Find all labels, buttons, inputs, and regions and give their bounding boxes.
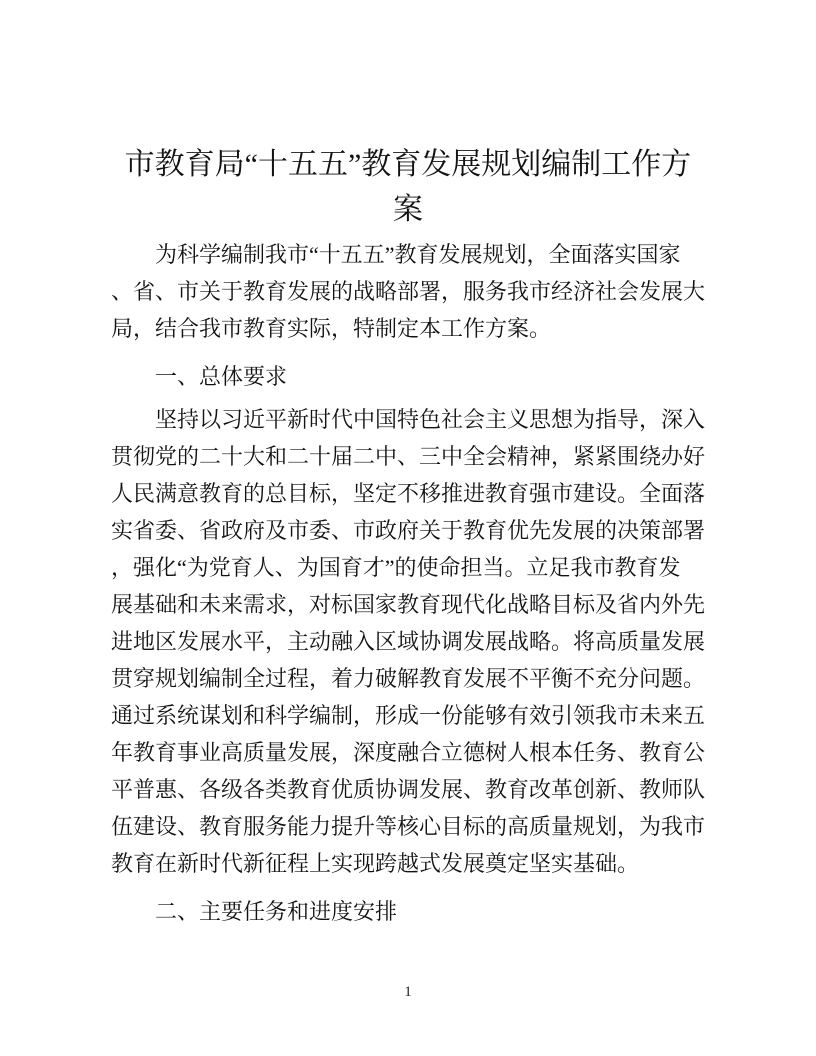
document-title-line-1: 市教育局“十五五”教育发展规划编制工作方: [111, 142, 705, 187]
section-heading: 二、主要任务和进度安排: [111, 893, 705, 930]
paragraph-line: 进地区发展水平，主动融入区域协调发展战略。将高质量发展: [111, 623, 705, 660]
document-page: 市教育局“十五五”教育发展规划编制工作方 案 为科学编制我市“十五五”教育发展规…: [0, 0, 816, 1056]
section-heading: 一、总体要求: [111, 358, 705, 395]
paragraph-line: 展基础和未来需求，对标国家教育现代化战略目标及省内外先: [111, 586, 705, 623]
paragraph-line: 伍建设、教育服务能力提升等核心目标的高质量规划，为我市: [111, 808, 705, 845]
document-content: 市教育局“十五五”教育发展规划编制工作方 案 为科学编制我市“十五五”教育发展规…: [0, 0, 816, 930]
paragraph-line: 人民满意教育的总目标，坚定不移推进教育强市建设。全面落: [111, 475, 705, 512]
document-body: 为科学编制我市“十五五”教育发展规划，全面落实国家、省、市关于教育发展的战略部署…: [111, 236, 705, 930]
document-title-line-2: 案: [111, 187, 705, 232]
document-title: 市教育局“十五五”教育发展规划编制工作方 案: [111, 142, 705, 232]
paragraph-line: 实省委、省政府及市委、市政府关于教育优先发展的决策部署: [111, 512, 705, 549]
paragraph-line: 通过系统谋划和科学编制，形成一份能够有效引领我市未来五: [111, 697, 705, 734]
paragraph-line: 年教育事业高质量发展，深度融合立德树人根本任务、教育公: [111, 734, 705, 771]
paragraph: 坚持以习近平新时代中国特色社会主义思想为指导，深入贯彻党的二十大和二十届二中、三…: [111, 401, 705, 882]
paragraph-line: 、省、市关于教育发展的战略部署，服务我市经济社会发展大: [111, 273, 705, 310]
paragraph-line: 坚持以习近平新时代中国特色社会主义思想为指导，深入: [111, 401, 705, 438]
paragraph-line: 贯穿规划编制全过程，着力破解教育发展不平衡不充分问题。: [111, 660, 705, 697]
page-number: 1: [0, 982, 816, 1002]
paragraph-line: 为科学编制我市“十五五”教育发展规划，全面落实国家: [111, 236, 705, 273]
paragraph-line: ，强化“为党育人、为国育才”的使命担当。立足我市教育发: [111, 549, 705, 586]
paragraph-line: 局，结合我市教育实际，特制定本工作方案。: [111, 310, 705, 347]
paragraph-line: 贯彻党的二十大和二十届二中、三中全会精神，紧紧围绕办好: [111, 438, 705, 475]
paragraph-line: 教育在新时代新征程上实现跨越式发展奠定坚实基础。: [111, 845, 705, 882]
paragraph-line: 平普惠、各级各类教育优质协调发展、教育改革创新、教师队: [111, 771, 705, 808]
paragraph: 为科学编制我市“十五五”教育发展规划，全面落实国家、省、市关于教育发展的战略部署…: [111, 236, 705, 347]
